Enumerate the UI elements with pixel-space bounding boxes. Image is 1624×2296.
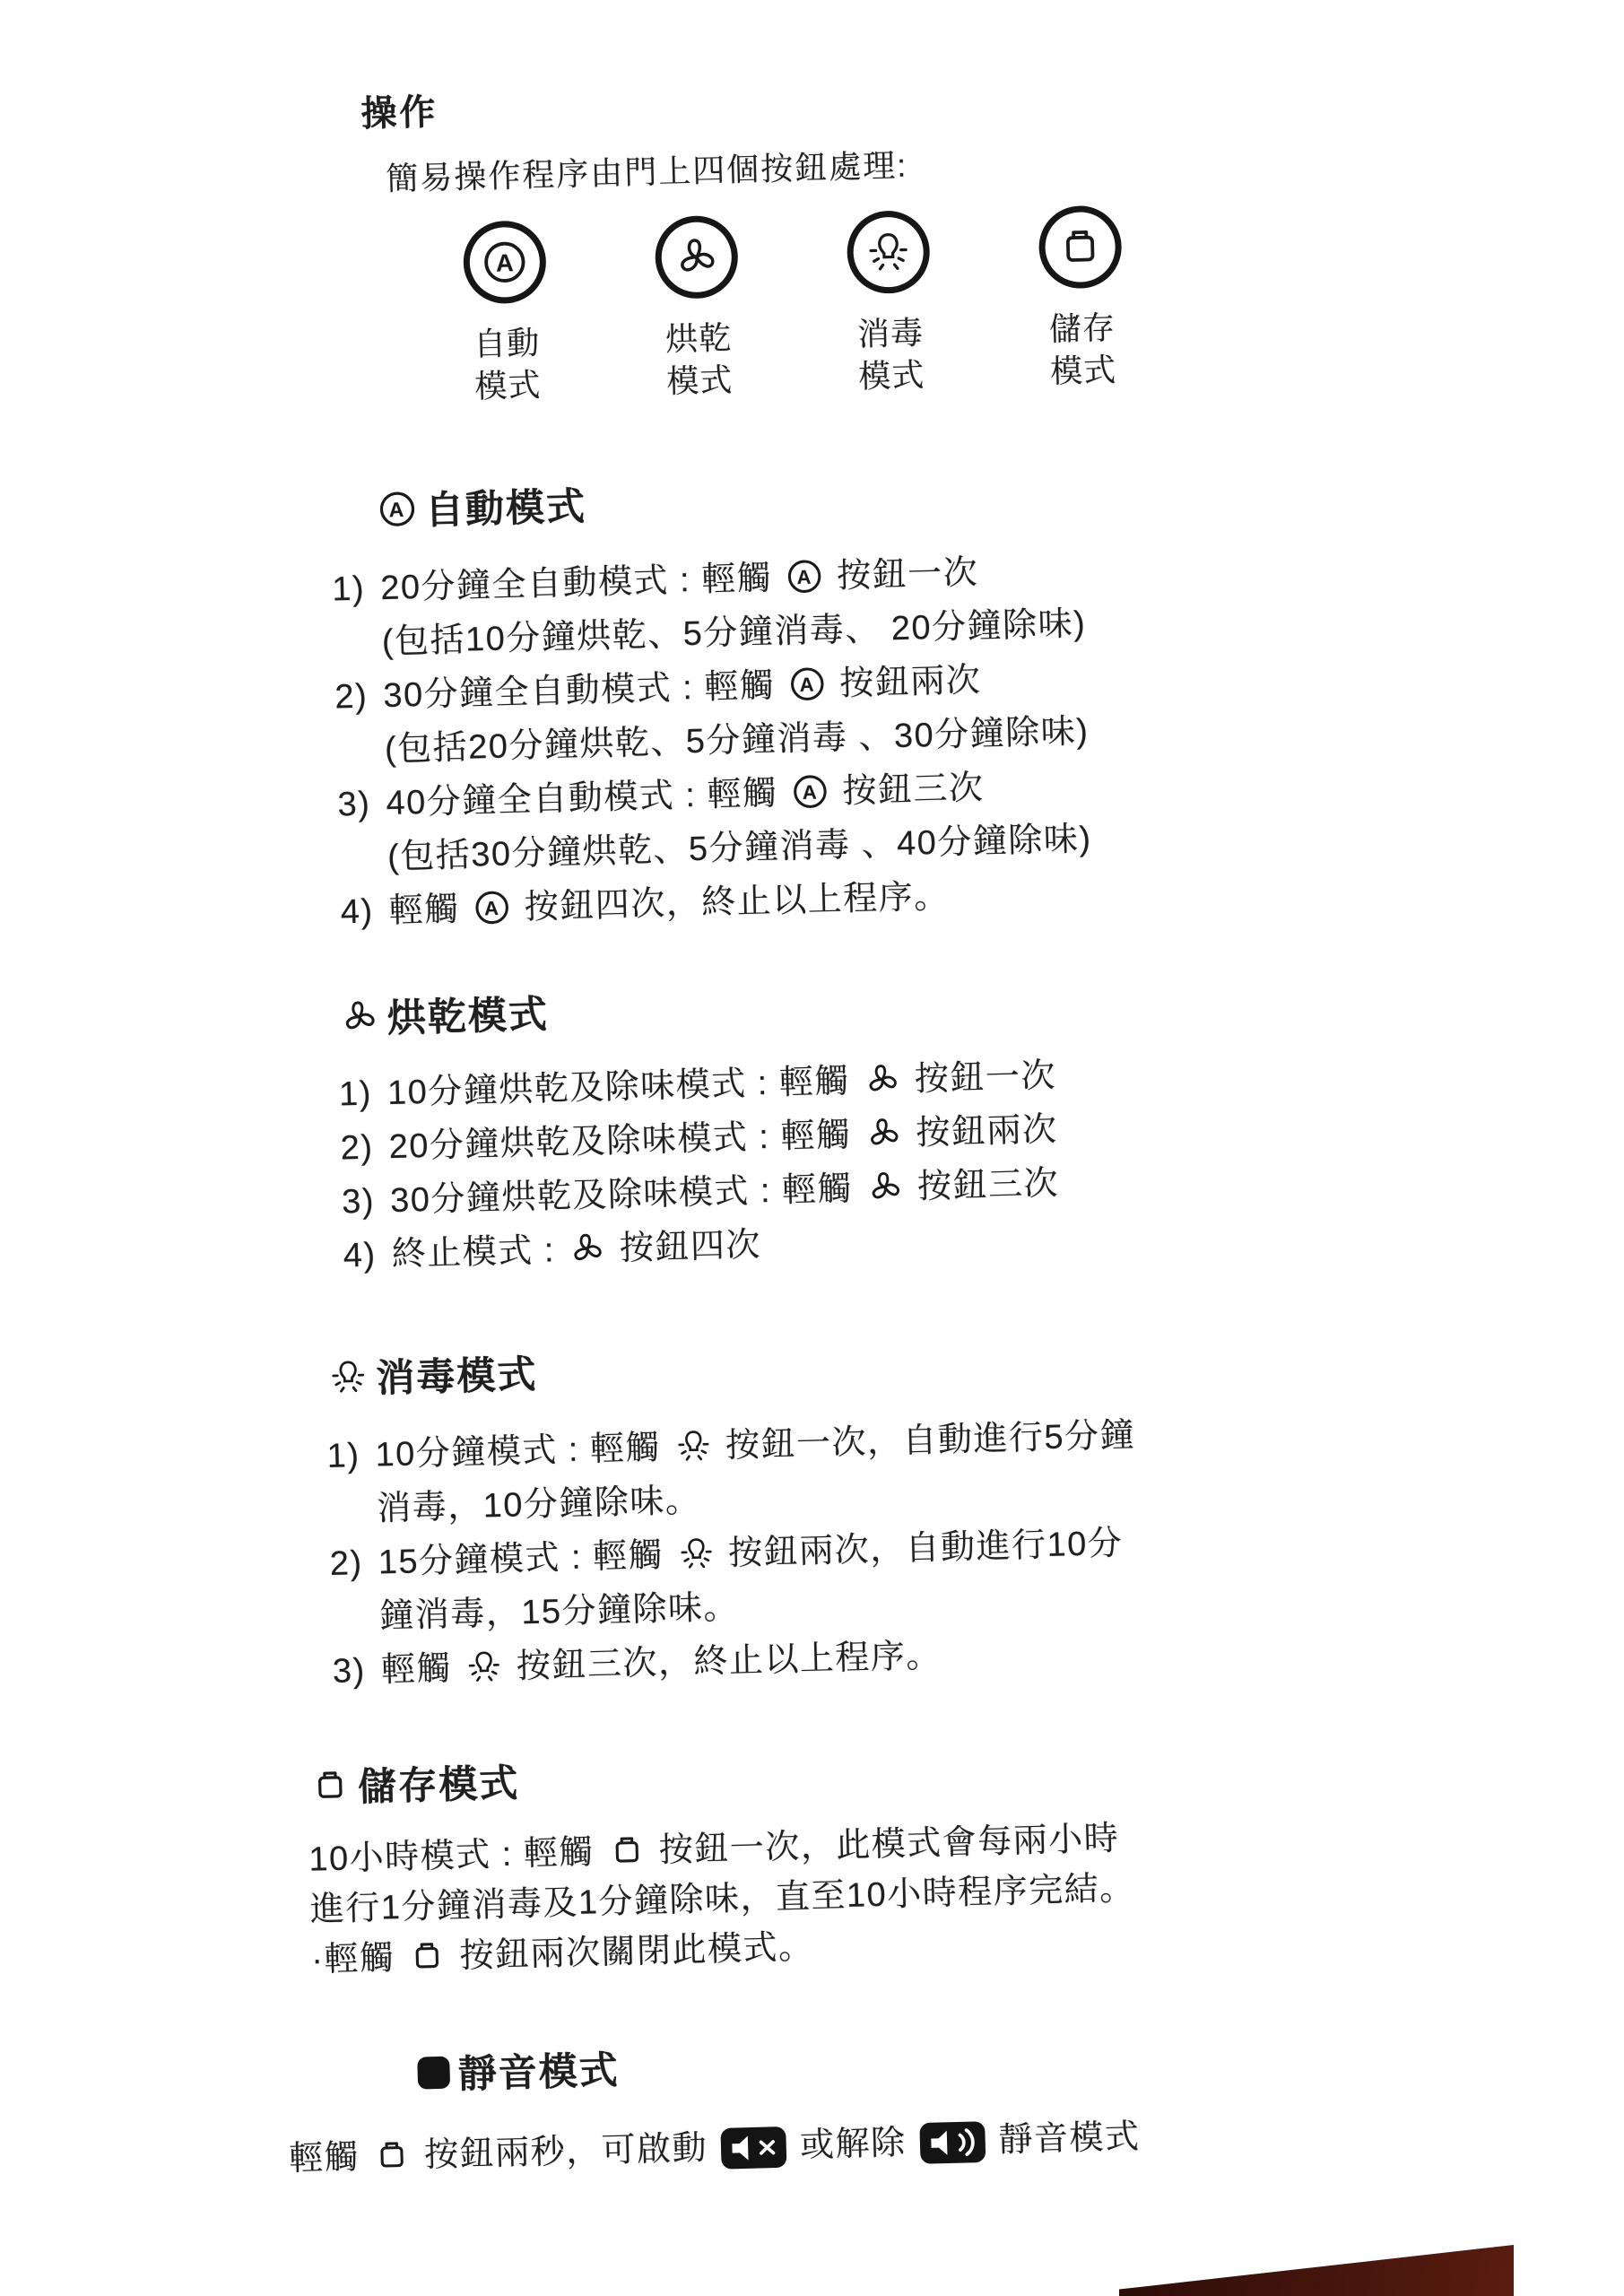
item-marker: 2) (340, 1120, 390, 1175)
page-subtitle: 簡易操作程序由門上四個按鈕處理: (386, 127, 1584, 201)
mode-button-storage: 儲存模式 (1020, 204, 1142, 394)
scanned-manual-page: 操作 簡易操作程序由門上四個按鈕處理: A 自動模式 烘乾模式 (0, 0, 1624, 2193)
disinfect-mode-icon (465, 1648, 503, 1686)
auto-mode-icon: A (377, 489, 417, 529)
mode-button-dry: 烘乾模式 (638, 214, 759, 404)
item-marker: 3) (332, 1644, 382, 1699)
silent-mode-icon (413, 2052, 454, 2092)
mode-button-auto: A 自動模式 (446, 219, 567, 408)
item-marker: 1) (338, 1067, 388, 1122)
item-marker: 1) (332, 562, 383, 671)
fan-icon (673, 233, 720, 281)
section-title: 儲存模式 (357, 1753, 520, 1813)
storage-mode-icon (373, 2136, 412, 2175)
section-silent-mode: 靜音模式 輕觸 按鈕兩秒，可啟動 或解除 靜音模式 (54, 2014, 1624, 2193)
instruction-paragraph: 10小時模式 : 輕觸 按鈕一次，此模式會每兩小時進行1分鐘消毒及1分鐘除味，直… (308, 1801, 1624, 1986)
auto-mode-icon: A (481, 238, 528, 285)
storage-box-icon (310, 1765, 351, 1805)
auto-mode-icon: A (788, 665, 827, 704)
disinfect-mode-icon (673, 1427, 712, 1465)
dry-mode-icon (864, 1114, 903, 1152)
auto-mode-icon: A (473, 889, 511, 927)
svg-text:A: A (799, 674, 815, 696)
svg-text:A: A (484, 897, 500, 919)
item-marker: 4) (340, 884, 390, 939)
instruction-paragraph: 輕觸 按鈕兩秒，可啟動 或解除 靜音模式 (288, 2098, 1624, 2187)
photo-corner-shadow (1119, 2240, 1514, 2296)
section-title: 烘乾模式 (386, 985, 550, 1044)
mode-button-label: 消毒模式 (856, 312, 925, 397)
mode-button-label: 自動模式 (473, 322, 542, 407)
mode-buttons-row: A 自動模式 烘乾模式 (446, 193, 1589, 409)
item-marker: 2) (329, 1536, 380, 1645)
disinfect-mode-icon (677, 1535, 716, 1573)
section-header: 消毒模式 (328, 1317, 1615, 1405)
section-header: A 自動模式 (377, 450, 1592, 536)
section-title: 自動模式 (424, 476, 587, 535)
storage-box-icon (1056, 223, 1104, 271)
instruction-list: 1)10分鐘模式 : 輕觸 按鈕一次，自動進行5分鐘消毒，10分鐘除味。2)15… (326, 1396, 1622, 1700)
section-title: 靜音模式 (457, 2040, 621, 2100)
auto-mode-icon: A (791, 773, 829, 812)
section-auto-mode: A 自動模式 1)20分鐘全自動模式 : 輕觸 A 按鈕一次(包括10分鐘烘乾、… (13, 450, 1602, 948)
instruction-item: 輕觸 按鈕兩秒，可啟動 或解除 靜音模式 (288, 2098, 1624, 2187)
item-marker: 2) (334, 669, 386, 778)
auto-mode-button: A (463, 220, 547, 304)
dry-mode-icon (863, 1061, 901, 1100)
disinfect-mode-button (847, 210, 931, 294)
section-dry-mode: 烘乾模式 1)10分鐘烘乾及除味模式 : 輕觸 按鈕一次2)20分鐘烘乾及除味模… (26, 957, 1611, 1291)
uv-lamp-icon (328, 1357, 369, 1397)
instruction-list: 1)10分鐘烘乾及除味模式 : 輕觸 按鈕一次2)20分鐘烘乾及除味模式 : 輕… (338, 1035, 1611, 1283)
svg-text:A: A (388, 498, 405, 521)
uv-lamp-icon (864, 228, 912, 275)
section-header: 靜音模式 (413, 2014, 1624, 2101)
auto-mode-icon: A (786, 558, 824, 596)
storage-mode-button (1038, 204, 1122, 289)
svg-text:A: A (796, 566, 812, 588)
item-marker: 4) (343, 1228, 393, 1283)
dry-mode-icon (568, 1230, 606, 1268)
page-title: 操作 (360, 61, 1582, 136)
section-header: 儲存模式 (309, 1725, 1624, 1813)
storage-mode-icon (408, 1937, 447, 1976)
dry-mode-icon (865, 1168, 904, 1206)
item-marker: 3) (341, 1174, 391, 1229)
item-marker: 3) (337, 777, 388, 885)
mode-button-disinfect: 消毒模式 (829, 209, 951, 398)
dry-mode-button (655, 214, 739, 299)
sound-badge-icon (918, 2118, 986, 2167)
section-header: 烘乾模式 (339, 957, 1605, 1045)
svg-text:A: A (496, 248, 514, 277)
section-title: 消毒模式 (376, 1344, 539, 1404)
instruction-item: 10小時模式 : 輕觸 按鈕一次，此模式會每兩小時進行1分鐘消毒及1分鐘除味，直… (308, 1801, 1624, 1986)
mode-button-label: 烘乾模式 (665, 317, 734, 403)
mute-badge-icon (720, 2124, 788, 2172)
instruction-list: 1)20分鐘全自動模式 : 輕觸 A 按鈕一次(包括10分鐘烘乾、5分鐘消毒、 … (332, 530, 1603, 940)
item-marker: 1) (326, 1429, 378, 1537)
section-storage-mode: 儲存模式 10小時模式 : 輕觸 按鈕一次，此模式會每兩小時進行1分鐘消毒及1分… (47, 1725, 1624, 1993)
mode-button-label: 儲存模式 (1048, 307, 1116, 392)
fan-icon (339, 996, 379, 1037)
svg-text:A: A (802, 781, 818, 804)
storage-mode-icon (607, 1831, 646, 1870)
section-disinfect-mode: 消毒模式 1)10分鐘模式 : 輕觸 按鈕一次，自動進行5分鐘消毒，10分鐘除味… (36, 1317, 1623, 1707)
